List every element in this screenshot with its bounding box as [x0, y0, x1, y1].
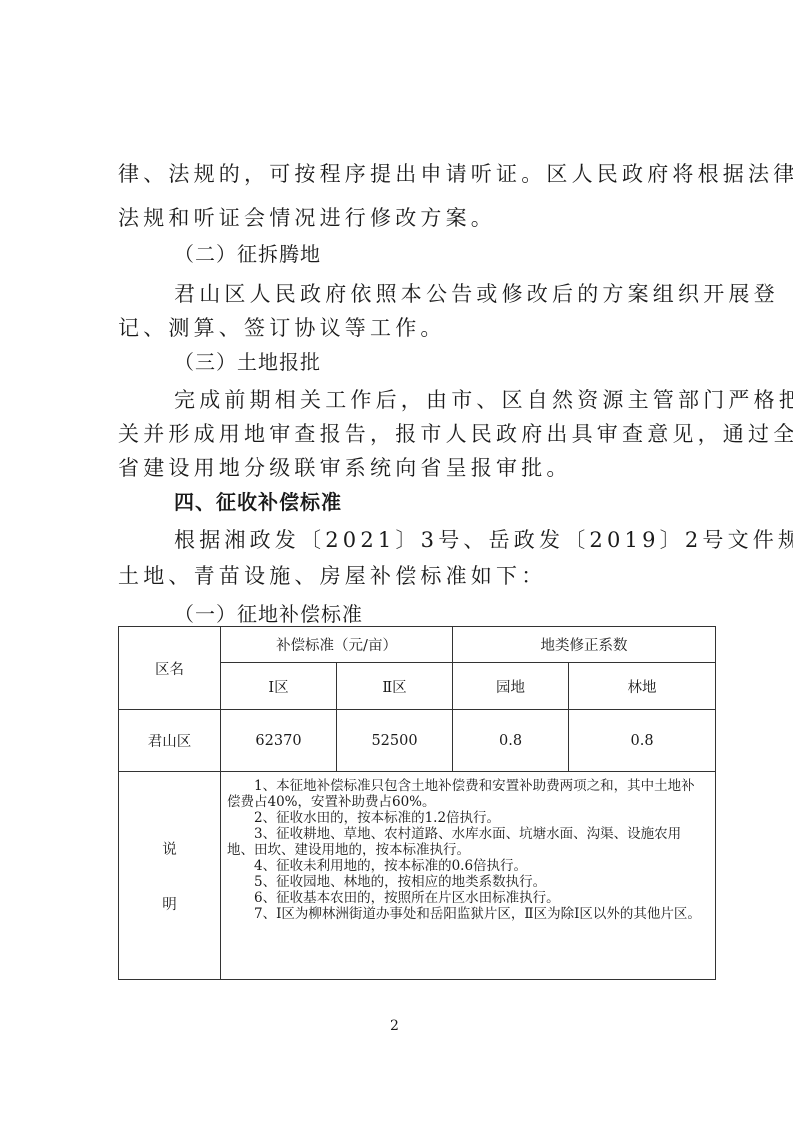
body-paragraph-line: 完成前期相关工作后，由市、区自然资源主管部门严格把 [174, 384, 793, 414]
cell-forest: 0.8 [569, 710, 716, 772]
note-item: 2、征收水田的，按本标准的1.2倍执行。 [227, 810, 705, 826]
body-paragraph-line: 根据湘政发〔2021〕3号、岳政发〔2019〕2号文件规定， [174, 524, 793, 554]
subsection-heading: （一）征地补偿标准 [174, 598, 363, 627]
note-item: 5、征收园地、林地的，按相应的地类系数执行。 [227, 874, 705, 890]
notes-label-char: 明 [119, 893, 220, 914]
section-heading-2: （二）征拆腾地 [174, 238, 321, 267]
header-forest: 林地 [569, 663, 716, 710]
body-paragraph-line: 记、测算、签订协议等工作。 [118, 312, 446, 342]
body-paragraph-line: 法规和听证会情况进行修改方案。 [118, 202, 496, 232]
body-paragraph-line: 律、法规的，可按程序提出申请听证。区人民政府将根据法律、 [118, 158, 793, 188]
note-item: 6、征收基本农田的，按照所在片区水田标准执行。 [227, 890, 705, 906]
cell-zone-1: 62370 [221, 710, 337, 772]
body-paragraph-line: 土地、青苗设施、房屋补偿标准如下： [118, 560, 546, 590]
section-heading-3: （三）土地报批 [174, 346, 321, 375]
body-paragraph-line: 君山区人民政府依照本公告或修改后的方案组织开展登 [174, 278, 779, 308]
cell-district: 君山区 [119, 710, 221, 772]
cell-zone-2: 52500 [337, 710, 453, 772]
header-zone-2: Ⅱ区 [337, 663, 453, 710]
header-coefficient: 地类修正系数 [453, 627, 716, 663]
body-paragraph-line: 关并形成用地审查报告，报市人民政府出具审查意见，通过全 [118, 418, 793, 448]
notes-content: 1、本征地补偿标准只包含土地补偿费和安置补助费两项之和，其中土地补偿费占40%，… [221, 772, 716, 980]
notes-label-char: 说 [119, 838, 220, 859]
page-number: 2 [390, 1018, 399, 1034]
note-item: 1、本征地补偿标准只包含土地补偿费和安置补助费两项之和，其中土地补偿费占40%，… [227, 778, 705, 810]
header-compensation-standard: 补偿标准（元/亩） [221, 627, 453, 663]
note-item: 4、征收未利用地的，按本标准的0.6倍执行。 [227, 858, 705, 874]
body-paragraph-line: 省建设用地分级联审系统向省呈报审批。 [118, 452, 572, 482]
header-garden: 园地 [453, 663, 569, 710]
cell-garden: 0.8 [453, 710, 569, 772]
compensation-table: 区名 补偿标准（元/亩） 地类修正系数 Ⅰ区 Ⅱ区 园地 林地 君山区 6237… [118, 626, 716, 980]
note-item: 3、征收耕地、草地、农村道路、水库水面、坑塘水面、沟渠、设施农用地、田坎、建设用… [227, 826, 705, 858]
section-heading-4: 四、征收补偿标准 [174, 486, 342, 515]
table-row: 君山区 62370 52500 0.8 0.8 [119, 710, 716, 772]
note-item: 7、Ⅰ区为柳林洲街道办事处和岳阳监狱片区，Ⅱ区为除Ⅰ区以外的其他片区。 [227, 906, 705, 922]
header-district-name: 区名 [119, 627, 221, 710]
notes-label: 说 明 [119, 772, 221, 980]
header-zone-1: Ⅰ区 [221, 663, 337, 710]
